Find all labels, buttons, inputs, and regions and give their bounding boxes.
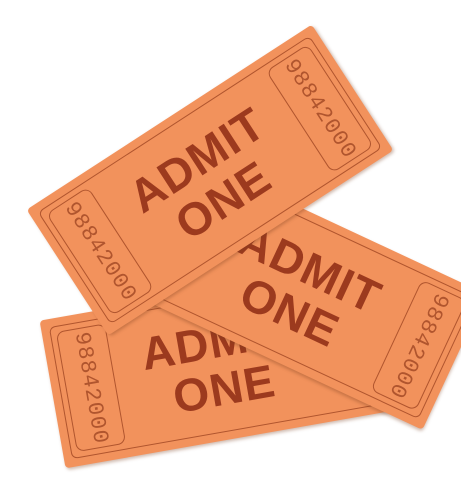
serial-number: 98842000 (69, 330, 113, 446)
